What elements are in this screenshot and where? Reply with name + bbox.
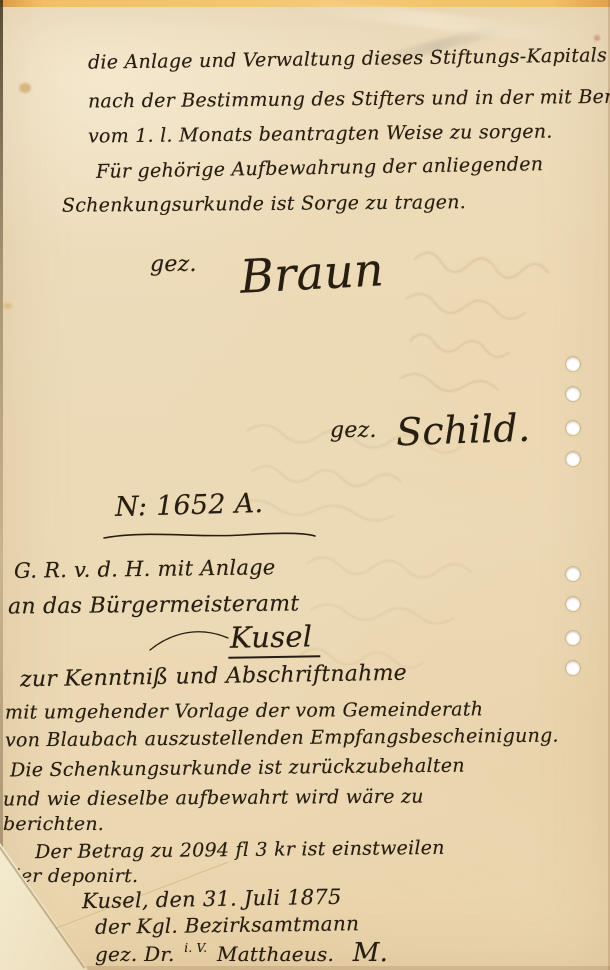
fox-spot [19,83,31,93]
signature-prefix: gez. Dr. [95,942,175,966]
office-line: der Kgl. Bezirksamtmann [95,911,359,939]
signature-paraph: M. [353,938,388,968]
instruction-line: mit umgehender Vorlage der vom Gemeinder… [5,698,483,723]
instruction-line: von Blaubach auszustellenden Empfangsbes… [5,725,559,752]
punch-hole [566,631,580,645]
punch-hole [566,661,580,675]
signature-prefix: gez. [330,418,377,443]
instruction-line: Die Schenkungsurkunde ist zurückzubehalt… [10,755,465,782]
signature-prefix: gez. [150,252,197,277]
instruction-line: berichten. [3,813,104,835]
body-line: vom 1. l. Monats beantragten Weise zu so… [88,121,553,148]
signature-name: Schild. [395,406,531,455]
signature-name: Matthaeus. [217,942,334,966]
body-line: Für gehörige Aufbewahrung der anliegende… [96,153,544,183]
body-line: nach der Bestimmung des Stifters und in … [88,86,610,113]
addressee: Kusel [228,619,321,659]
instruction-line: Der Betrag zu 2094 fl 3 kr ist einstweil… [35,837,445,863]
signature-matthaeus: gez. Dr. i. V. Matthaeus. M. [95,938,388,968]
signature-braun: gez. Braun [150,246,384,300]
signature-name: Braun [239,242,385,303]
instruction-line: und wie dieselbe aufbewahrt wird wäre zu [3,786,424,811]
punch-hole [566,452,580,466]
address-line: G. R. v. d. H. mit Anlage [14,555,276,583]
fox-spot [594,35,600,41]
punch-hole [566,597,580,611]
dateline: Kusel, den 31. Juli 1875 [82,885,342,914]
punch-hole [566,387,580,401]
punch-hole [566,567,580,581]
ink-bleedthrough-patch [394,237,590,415]
flourish-underline [102,528,317,542]
body-line: die Anlage und Verwaltung dieses Stiftun… [88,44,607,73]
document-page: die Anlage und Verwaltung dieses Stiftun… [0,0,610,970]
punch-hole [566,421,580,435]
address-line: an das Bürgermeisteramt [8,591,300,619]
body-line: Schenkungsurkunde ist Sorge zu tragen. [62,191,466,217]
reference-number: N: 1652 A. [115,488,264,523]
signature-insertion: i. V. [184,941,207,955]
swash-stroke [148,624,230,652]
signature-schild: gez. Schild. [330,408,530,452]
punch-hole [566,357,580,371]
fox-spot [3,303,12,309]
